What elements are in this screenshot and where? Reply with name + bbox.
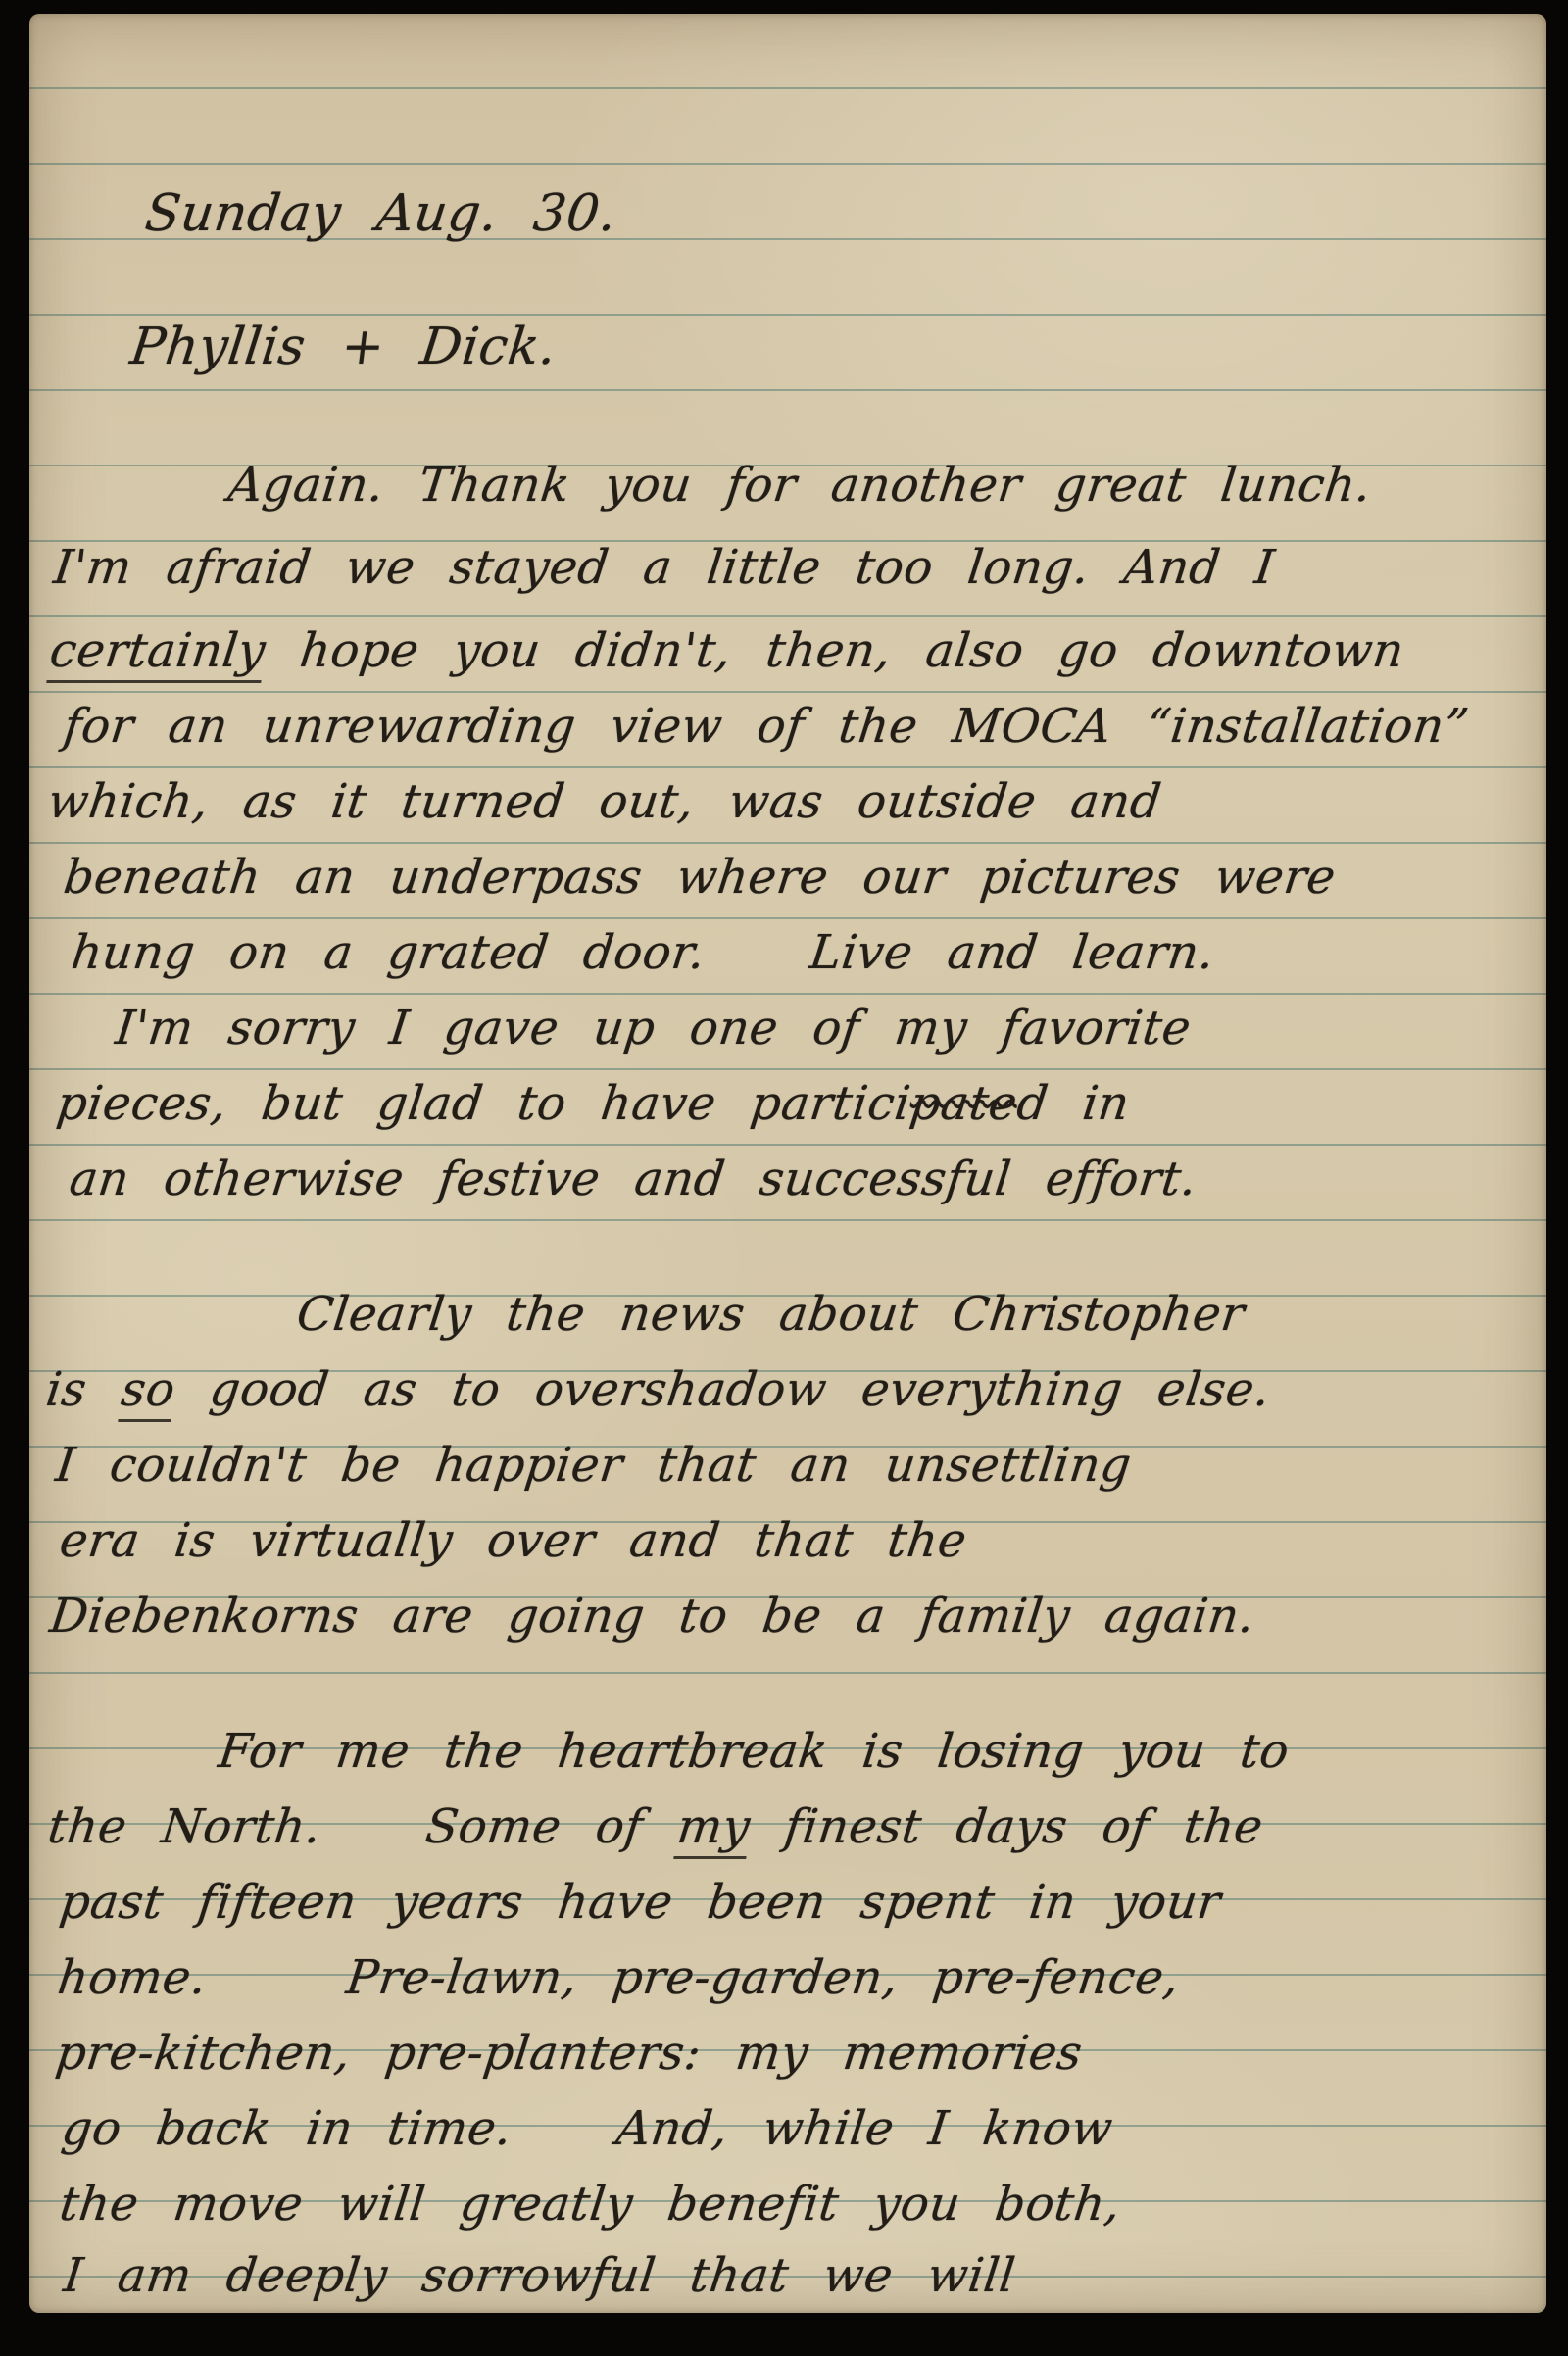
letter-line: past fifteen years have been spent in yo…	[57, 1877, 1224, 1929]
lined-paper-sheet: Sunday Aug. 30. Phyllis + Dick. Again. T…	[29, 14, 1546, 2313]
letter-line: I'm sorry I gave up one of my favorite	[113, 1003, 1194, 1055]
letter-line: for an unrewarding view of the MOCA “ins…	[61, 701, 1472, 753]
letter-line: era is virtually over and that the	[57, 1515, 969, 1567]
letter-line: the move will greatly benefit you both,	[57, 2179, 1124, 2231]
letter-line: go back in time. And, while I know	[59, 2103, 1115, 2155]
letter-line: Again. Thank you for another great lunch…	[225, 460, 1374, 512]
letter-line: the North. Some of my finest days of the	[45, 1801, 1266, 1853]
date-line: Sunday Aug. 30.	[142, 186, 619, 242]
letter-line: pre-kitchen, pre-planters: my memories	[53, 2028, 1085, 2080]
salutation-line: Phyllis + Dick.	[127, 319, 560, 375]
letter-line: beneath an underpass where our pictures …	[61, 852, 1339, 904]
letter-line: certainly hope you didn't, then, also go…	[47, 625, 1407, 677]
letter-line: hung on a grated door. Live and learn.	[69, 927, 1217, 979]
letter-line: I am deeply sorrowful that we will	[61, 2250, 1018, 2302]
letter-line: which, as it turned out, was outside and	[45, 776, 1164, 828]
letter-line: home. Pre-lawn, pre-garden, pre-fence,	[55, 1952, 1182, 2004]
letter-line: I'm afraid we stayed a little too long. …	[51, 542, 1277, 594]
letter-photo: { "page": { "kind": "handwritten-letter-…	[0, 0, 1568, 2356]
letter-line: pieces, but glad to have participated in	[54, 1078, 1132, 1130]
letter-line: an otherwise festive and successful effo…	[67, 1153, 1200, 1205]
letter-line: Diebenkorns are going to be a family aga…	[47, 1591, 1257, 1643]
letter-line: is so good as to overshadow everything e…	[43, 1364, 1273, 1416]
letter-line: Clearly the news about Christopher	[294, 1289, 1248, 1341]
letter-line: For me the heartbreak is losing you to	[216, 1726, 1292, 1778]
letter-line: I couldn't be happier that an unsettling	[53, 1440, 1134, 1492]
